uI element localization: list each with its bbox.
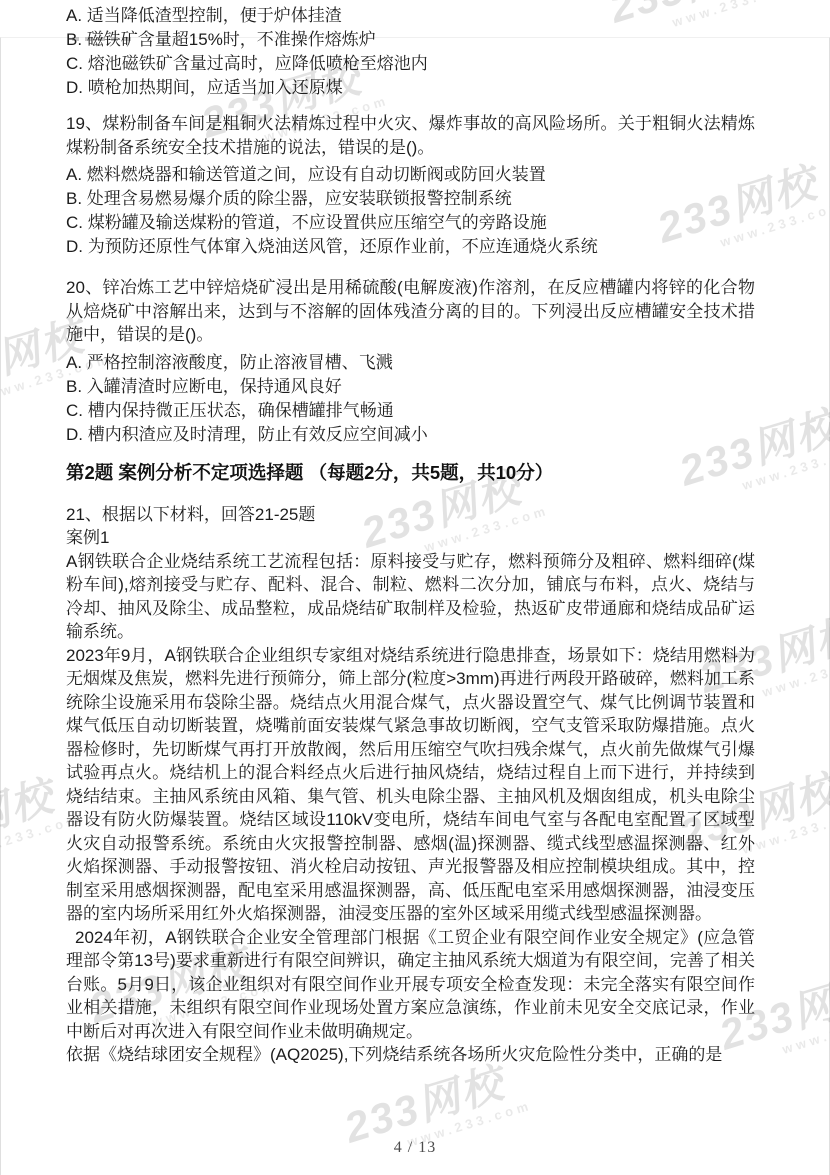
option-a: A. 燃料燃烧器和输送管道之间，应设有自动切断阀或防回火装置 <box>66 163 755 187</box>
option-d: D. 为预防还原性气体窜入烧油送风管，还原作业前，不应连通烧火系统 <box>66 235 755 259</box>
question-18-options: A. 适当降低渣型控制，便于炉体挂渣 B. 磁铁矿含量超15%时，不准操作熔炼炉… <box>66 4 755 100</box>
option-b: B. 磁铁矿含量超15%时，不准操作熔炼炉 <box>66 28 755 52</box>
question-19: 19、煤粉制备车间是粗铜火法精炼过程中火灾、爆炸事故的高风险场所。关于粗铜火法精… <box>66 112 755 259</box>
case-paragraph: 2023年9月，A钢铁联合企业组织专家组对烧结系统进行隐患排查，场景如下：烧结用… <box>66 644 755 926</box>
case-analysis-block: 21、根据以下材料，回答21-25题 案例1 A钢铁联合企业烧结系统工艺流程包括… <box>66 503 755 1067</box>
option-d: D. 槽内积渣应及时清理，防止有效反应空间减小 <box>66 423 755 447</box>
question-21-intro: 21、根据以下材料，回答21-25题 <box>66 503 755 527</box>
option-a: A. 严格控制溶液酸度，防止溶液冒槽、飞溅 <box>66 351 755 375</box>
option-c: C. 熔池磁铁矿含量过高时，应降低喷枪至熔池内 <box>66 52 755 76</box>
option-b: B. 处理含易燃易爆介质的除尘器，应安装联锁报警控制系统 <box>66 187 755 211</box>
option-a: A. 适当降低渣型控制，便于炉体挂渣 <box>66 4 755 28</box>
case-question-lead: 依据《烧结球团安全规程》(AQ2025),下列烧结系统各场所火灾危险性分类中，正… <box>66 1043 755 1067</box>
case-paragraph: A钢铁联合企业烧结系统工艺流程包括：原料接受与贮存，燃料预筛分及粗碎、燃料细碎(… <box>66 550 755 644</box>
option-c: C. 煤粉罐及输送煤粉的管道，不应设置供应压缩空气的旁路设施 <box>66 211 755 235</box>
case-paragraph: 2024年初，A钢铁联合企业安全管理部门根据《工贸企业有限空间作业安全规定》(应… <box>66 926 755 1044</box>
question-19-options: A. 燃料燃烧器和输送管道之间，应设有自动切断阀或防回火装置 B. 处理含易燃易… <box>66 163 755 259</box>
question-20-options: A. 严格控制溶液酸度，防止溶液冒槽、飞溅 B. 入罐清渣时应断电，保持通风良好… <box>66 351 755 447</box>
exam-page-content: A. 适当降低渣型控制，便于炉体挂渣 B. 磁铁矿含量超15%时，不准操作熔炼炉… <box>0 0 830 1067</box>
question-20-stem: 20、锌冶炼工艺中锌焙烧矿浸出是用稀硫酸(电解废液)作溶剂，在反应槽罐内将锌的化… <box>66 276 755 347</box>
option-c: C. 槽内保持微正压状态，确保槽罐排气畅通 <box>66 399 755 423</box>
case-1-label: 案例1 <box>66 526 755 550</box>
page-number: 4 / 13 <box>0 1139 830 1157</box>
option-d: D. 喷枪加热期间，应适当加入还原煤 <box>66 76 755 100</box>
option-b: B. 入罐清渣时应断电，保持通风良好 <box>66 375 755 399</box>
question-19-stem: 19、煤粉制备车间是粗铜火法精炼过程中火灾、爆炸事故的高风险场所。关于粗铜火法精… <box>66 112 755 159</box>
question-20: 20、锌冶炼工艺中锌焙烧矿浸出是用稀硫酸(电解废液)作溶剂，在反应槽罐内将锌的化… <box>66 276 755 447</box>
section-2-header: 第2题 案例分析不定项选择题 （每题2分，共5题，共10分） <box>66 460 755 486</box>
